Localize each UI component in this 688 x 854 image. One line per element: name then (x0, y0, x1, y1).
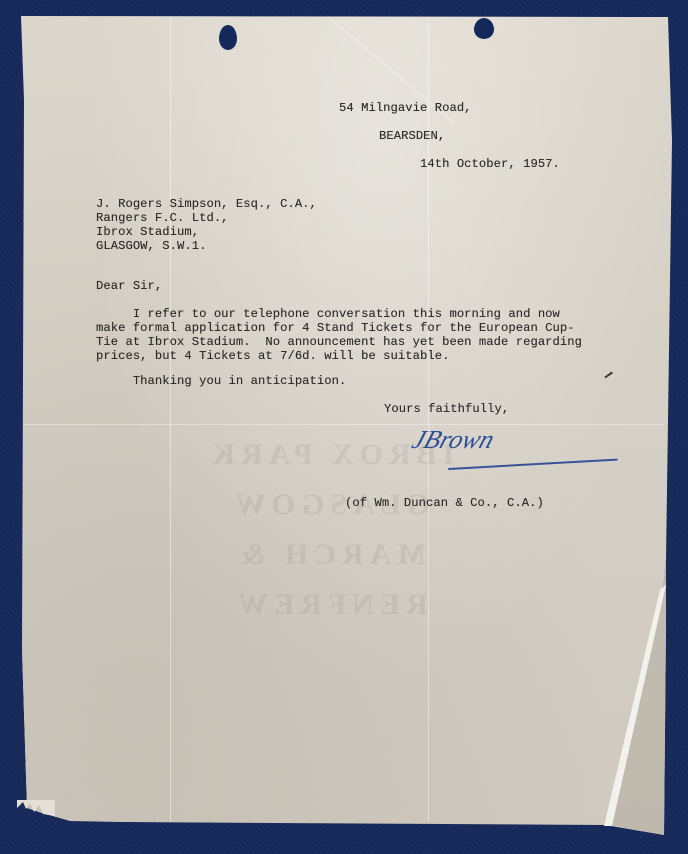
closing: Yours faithfully, (384, 403, 509, 417)
fold-crease-vertical (170, 17, 171, 822)
signatory-firm: (of Wm. Duncan & Co., C.A.) (345, 497, 544, 511)
punch-hole (474, 18, 494, 39)
recipient-organisation: Rangers F.C. Ltd., (96, 212, 229, 226)
torn-edge (17, 800, 55, 816)
sender-town: BEARSDEN, (379, 130, 445, 144)
body-line: prices, but 4 Tickets at 7/6d. will be s… (96, 350, 449, 364)
letter-date: 14th October, 1957. (420, 158, 560, 172)
sender-address-line-1: 54 Milngavie Road, (339, 102, 472, 116)
body-line: Thanking you in anticipation. (96, 375, 346, 389)
recipient-venue: Ibrox Stadium, (96, 226, 199, 240)
body-line: make formal application for 4 Stand Tick… (96, 322, 575, 336)
body-line: I refer to our telephone conversation th… (96, 308, 560, 322)
body-line: Tie at Ibrox Stadium. No announcement ha… (96, 336, 582, 350)
fold-crease-horizontal (24, 424, 664, 425)
punch-hole (219, 25, 237, 50)
letter-paper (0, 0, 688, 854)
recipient-city: GLASGOW, S.W.1. (96, 240, 206, 254)
recipient-name: J. Rogers Simpson, Esq., C.A., (96, 198, 317, 212)
salutation: Dear Sir, (96, 280, 162, 294)
